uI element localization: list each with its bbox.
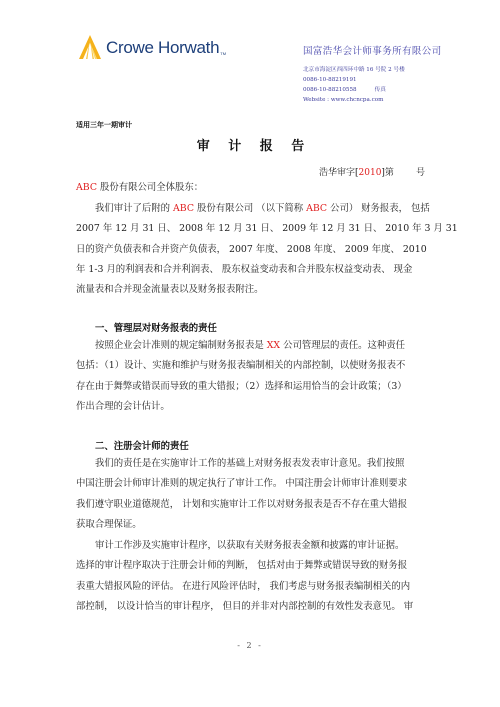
section-2-p2-line-4: 部控制， 以设计恰当的审计程序， 但目的并非对内部控制的有效性发表意见。 审 [76, 597, 426, 617]
section-2-heading: 二、注册会计师的责任 [95, 438, 189, 452]
firm-address: 北京市海淀区西四环中路 16 号院 2 号楼 [303, 65, 442, 75]
section-1-paragraph: 按照企业会计准则的规定编制财务报表是 XX 公司管理层的责任。这种责任 包括：（… [76, 336, 426, 417]
addressee-text: 股份有限公司全体股东： [97, 182, 203, 193]
firm-fax-label: 传真 [375, 87, 386, 93]
doc-number-year: 2010 [359, 168, 382, 178]
page-number: - 2 - [0, 641, 500, 650]
section-1-heading: 一、管理层对财务报表的责任 [95, 320, 217, 334]
firm-letterhead: 国富浩华会计师事务所有限公司 北京市海淀区西四环中路 16 号院 2 号楼 00… [303, 43, 442, 105]
section-2-p2-line-1: 审计工作涉及实施审计程序，以获取有关财务报表金额和披露的审计证据。 [76, 536, 426, 556]
section-1-line-1: 按照企业会计准则的规定编制财务报表是 XX 公司管理层的责任。这种责任 [76, 336, 426, 356]
section-1-line-2: 包括：（1）设计、实施和维护与财务报表编制相关的内部控制，以使财务报表不 [76, 356, 426, 376]
document-page: Crowe Horwath TM 国富浩华会计师事务所有限公司 北京市海淀区西四… [0, 0, 500, 707]
section-2-p1-line-2: 中国注册会计师审计准则的规定执行了审计工作。 中国注册会计师审计准则要求 [76, 474, 426, 494]
crowe-horwath-logo: Crowe Horwath TM [78, 32, 226, 62]
logo-trademark: TM [220, 51, 226, 56]
firm-phone: 0086-10-88219191 [303, 75, 442, 85]
section-2-p2-line-3: 表重大错报风险的评估。 在进行风险评估时， 我们考虑与财务报表编制相关的内 [76, 577, 426, 597]
document-number: 浩华审字[2010]第号 [319, 165, 425, 178]
intro-paragraph: 我们审计了后附的 ABC 股份有限公司 （以下简称 ABC 公司） 财务报表， … [76, 199, 426, 300]
section-2-paragraph-2: 审计工作涉及实施审计程序，以获取有关财务报表金额和披露的审计证据。 选择的审计程… [76, 536, 426, 617]
addressee-company-code: ABC [76, 182, 97, 193]
doc-number-prefix: 浩华审字[ [319, 168, 359, 178]
section-2-p1-line-1: 我们的责任是在实施审计工作的基础上对财务报表发表审计意见。我们按照 [76, 454, 426, 474]
firm-name: 国富浩华会计师事务所有限公司 [303, 43, 442, 57]
intro-line-3: 日的资产负债表和合并资产负债表， 2007 年度、 2008 年度、 2009 … [76, 240, 426, 260]
intro-line-1: 我们审计了后附的 ABC 股份有限公司 （以下简称 ABC 公司） 财务报表， … [76, 199, 426, 219]
crowe-horwath-logo-icon [78, 34, 102, 60]
doc-number-middle: ]第 [381, 168, 394, 178]
page-title: 审 计 报 告 [0, 135, 500, 154]
firm-fax: 0086-10-88210558传真 [303, 85, 442, 95]
section-2-p1-line-3: 我们遵守职业道德规范， 计划和实施审计工作以对财务报表是否不存在重大错报 [76, 495, 426, 515]
addressee: ABC 股份有限公司全体股东： [76, 178, 426, 198]
document-subtitle: 适用三年一期审计 [76, 120, 132, 130]
section-1-line-4: 作出合理的会计估计。 [76, 397, 426, 417]
section-2-p1-line-4: 获取合理保证。 [76, 515, 426, 535]
intro-line-2: 2007 年 12 月 31 日、 2008 年 12 月 31 日、 2009… [76, 219, 426, 239]
logo-brand-text: Crowe Horwath [106, 39, 219, 56]
firm-website: Website : www.chcncpa.com [303, 95, 442, 105]
section-1-line-3: 存在由于舞弊或错误而导致的重大错报；（2）选择和运用恰当的会计政策；（3） [76, 377, 426, 397]
intro-line-5: 流量表和合并现金流量表以及财务报表附注。 [76, 280, 426, 300]
intro-line-4: 年 1-3 月的利润表和合并利润表、 股东权益变动表和合并股东权益变动表、 现金 [76, 260, 426, 280]
section-2-p2-line-2: 选择的审计程序取决于注册会计师的判断， 包括对由于舞弊或错误导致的财务报 [76, 556, 426, 576]
doc-number-suffix: 号 [416, 168, 425, 178]
section-2-paragraph-1: 我们的责任是在实施审计工作的基础上对财务报表发表审计意见。我们按照 中国注册会计… [76, 454, 426, 535]
firm-fax-number: 0086-10-88210558 [303, 87, 357, 93]
